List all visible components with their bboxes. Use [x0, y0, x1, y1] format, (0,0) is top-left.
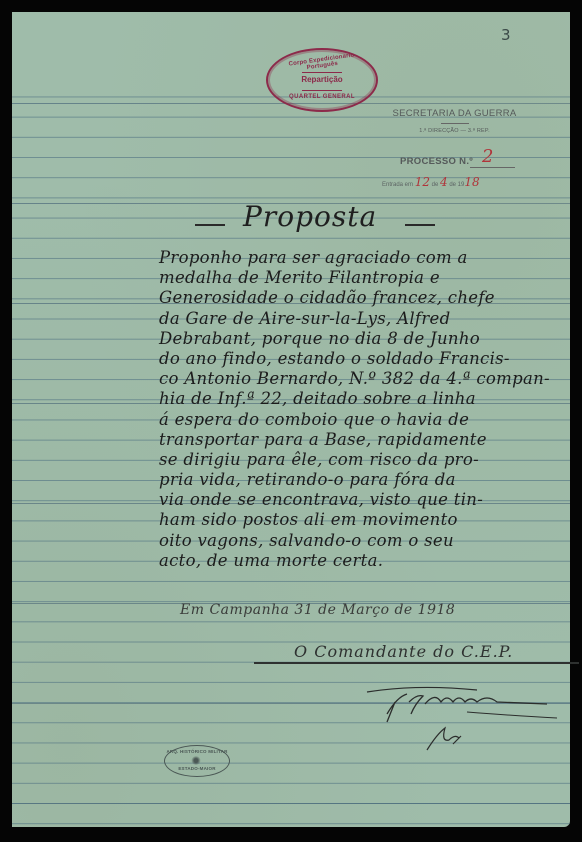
registry-divider — [441, 123, 469, 124]
signatory-title: O Comandante do C.E.P. — [294, 642, 513, 661]
title-dash-right — [405, 224, 435, 226]
body-line: do ano findo, estando o soldado Francis- — [159, 349, 579, 369]
body-text: Proponho para ser agraciado com a medalh… — [159, 248, 579, 571]
body-line: acto, de uma morte certa. — [159, 551, 579, 571]
body-line: ham sido postos ali em movimento — [159, 510, 579, 530]
processo-label: PROCESSO N.º — [400, 156, 473, 167]
entrada-de-year: de 19 — [449, 182, 464, 188]
registry-stamp: SECRETARIA DA GUERRA 1.ª DIRECÇÃO — 3.ª … — [382, 108, 527, 134]
archive-stamp: ARQ. HISTÓRICO MILITAR ESTADO-MAIOR — [164, 745, 230, 777]
body-line: transportar para a Base, rapidamente — [159, 430, 579, 450]
dateline: Em Campanha 31 de Março de 1918 — [180, 602, 455, 618]
body-line: medalha de Merito Filantropia e — [159, 268, 579, 288]
stamp-text-bottom: QUARTEL GENERAL — [268, 94, 376, 100]
registry-subtitle: 1.ª DIRECÇÃO — 3.ª REP. — [382, 128, 527, 134]
archive-stamp-bottom: ESTADO-MAIOR — [165, 766, 229, 771]
entrada-day: 12 — [415, 175, 430, 189]
cep-oval-stamp: Corpo Expedicionario Português Repartiçã… — [266, 48, 378, 112]
registry-title: SECRETARIA DA GUERRA — [382, 108, 527, 119]
body-line: oito vagons, salvando-o com o seu — [159, 531, 579, 551]
body-line: Debrabant, porque no dia 8 de Junho — [159, 329, 579, 349]
body-line: pria vida, retirando-o para fóra da — [159, 470, 579, 490]
body-line: hia de Inf.ª 22, deitado sobre a linha — [159, 389, 579, 409]
document-title: Proposta — [243, 200, 377, 233]
entrada-line: Entrada em 12 de 4 de 1918 — [382, 175, 480, 189]
document-page: 3 Corpo Expedicionario Português Reparti… — [12, 12, 570, 827]
archive-stamp-top: ARQ. HISTÓRICO MILITAR — [165, 749, 229, 754]
body-line: da Gare de Aire-sur-la-Lys, Alfred — [159, 309, 579, 329]
body-line: Proponho para ser agraciado com a — [159, 248, 579, 268]
body-line: se dirigiu para êle, com risco da pro- — [159, 450, 579, 470]
signatory-underline — [254, 662, 579, 664]
signature-scribble-icon — [357, 672, 577, 752]
stamp-rule — [302, 90, 342, 91]
entrada-de: de — [432, 182, 439, 188]
page-number: 3 — [501, 26, 511, 44]
entrada-month: 4 — [440, 175, 448, 189]
entrada-year: 18 — [464, 175, 479, 189]
processo-underline — [470, 167, 515, 168]
stamp-text-middle: Repartição — [268, 75, 376, 84]
body-line: via onde se encontrava, visto que tin- — [159, 490, 579, 510]
title-dash-left — [195, 224, 225, 226]
entrada-label: Entrada em — [382, 182, 413, 188]
processo-number: 2 — [482, 146, 493, 167]
body-line: á espera do comboio que o havia de — [159, 410, 579, 430]
stamp-rule — [302, 72, 342, 73]
body-line: Generosidade o cidadão francez, chefe — [159, 288, 579, 308]
crest-icon — [191, 756, 201, 765]
title-block: Proposta — [195, 200, 435, 224]
body-line: co Antonio Bernardo, N.º 382 da 4.ª comp… — [159, 369, 579, 389]
signature — [357, 672, 577, 752]
